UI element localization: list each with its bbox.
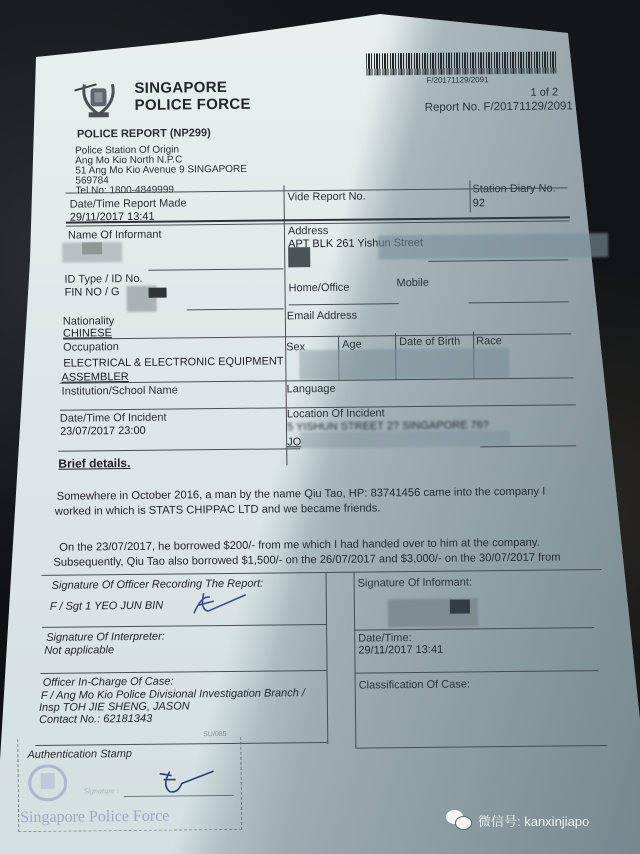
station-block: Police Station Of Origin Ang Mo Kio Nort…	[75, 145, 247, 197]
brief-details-title: Brief details.	[58, 456, 130, 471]
classification-label: Classification Of Case:	[359, 678, 470, 691]
nationality-label: Nationality	[63, 315, 114, 328]
informant-name-label: Name Of Informant	[68, 229, 162, 242]
vide-report-label: Vide Report No.	[288, 191, 366, 204]
incident-time-value: 23/07/2017 23:00	[60, 425, 146, 438]
report-number-label: Report No.	[425, 101, 481, 114]
barcode-text: F/20171129/2091	[426, 75, 488, 85]
id-label: ID Type / ID No.	[64, 273, 142, 286]
station-diary-value: 92	[473, 197, 485, 209]
report-made-label: Date/Time Report Made	[70, 197, 187, 210]
brief-line-3: On the 23/07/2017, he borrowed $200/- fr…	[59, 537, 540, 554]
police-report-document: SINGAPORE POLICE FORCE POLICE REPORT (NP…	[0, 0, 640, 854]
brief-line-1: Somewhere in October 2016, a man by the …	[57, 486, 546, 503]
datetime-value: 29/11/2017 13:41	[358, 644, 443, 657]
police-crest-icon	[74, 76, 122, 121]
report-number-value: F/20171129/2091	[483, 100, 572, 113]
institution-label: Institution/School Name	[62, 384, 178, 397]
watermark: 微信号: kanxinjiapo	[446, 810, 589, 830]
occupation-line1: ELECTRICAL & ELECTRONIC EQUIPMENT	[63, 355, 283, 369]
dob-label: Date of Birth	[399, 336, 460, 349]
barcode	[366, 52, 556, 76]
auth-stamp-label: Authentication Stamp	[27, 748, 132, 761]
report-number: Report No. F/20171129/2091	[425, 100, 573, 114]
brand-line-1: SINGAPORE	[134, 79, 227, 97]
brand-line-2: POLICE FORCE	[135, 96, 251, 114]
watermark-text: 微信号: kanxinjiapo	[478, 811, 589, 830]
form-title: POLICE REPORT (NP299)	[77, 127, 211, 140]
stamp-signature-label: Signature :	[84, 786, 120, 795]
language-label: Language	[287, 383, 336, 396]
page-indicator: 1 of 2	[530, 86, 558, 98]
stamp-org-name: Singapore Police Force	[20, 808, 169, 828]
brief-line-4: Subsequently, Qiu Tao also borrowed $1,5…	[53, 551, 560, 568]
ioc-label: Officer In-Charge Of Case:	[43, 676, 174, 689]
informant-sig-label: Signature Of Informant:	[358, 576, 472, 589]
brief-line-2: worked in which is STATS CHIPPAC LTD and…	[55, 502, 381, 517]
race-label: Race	[476, 335, 502, 347]
ioc-line-2: Insp TOH JIE SHENG, JASON	[39, 700, 190, 714]
address-label: Address	[288, 225, 328, 237]
home-office-label: Home/Office	[288, 282, 349, 295]
incident-time-label: Date/Time Of Incident	[60, 412, 167, 425]
station-diary-label: Station Diary No.	[472, 183, 555, 196]
interpreter-value: Not applicable	[44, 644, 114, 657]
id-value: FIN NO / G	[65, 286, 120, 299]
interpreter-label: Signature Of Interpreter:	[46, 631, 165, 644]
officer-name: F / Sgt 1 YEO JUN BIN	[50, 600, 163, 613]
mobile-label: Mobile	[396, 277, 429, 289]
stamp-signature-scribble	[154, 767, 218, 803]
ioc-contact: Contact No.: 62181343	[39, 713, 152, 726]
redacted-personal	[299, 348, 509, 380]
officer-signature-scribble	[190, 589, 250, 625]
incident-location-label: Location Of Incident	[287, 407, 385, 420]
occupation-label: Occupation	[63, 341, 119, 354]
wechat-icon	[446, 810, 474, 830]
redacted-address	[378, 233, 608, 259]
stamp-crest-icon	[26, 763, 70, 803]
datetime-label: Date/Time:	[358, 632, 412, 645]
email-label: Email Address	[287, 310, 357, 323]
